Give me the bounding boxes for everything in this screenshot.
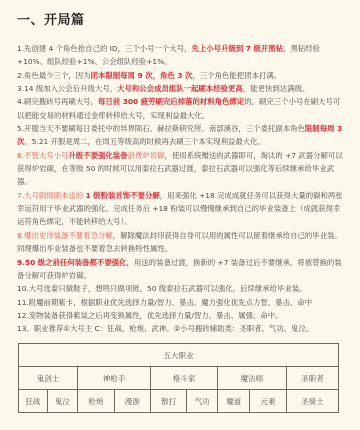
- guide-item: 9.50 级之前任何装备都不要强化，用送的装备过渡，换新的 +7 装备过后不要继…: [17, 256, 343, 283]
- body-text: 。5.21 开服是周二，在周五等级高的时候再去刷三个本实现利益最大化。: [24, 137, 265, 146]
- body-text: 1.先创建 4 个角色抢自己的 ID，三个小号一个大号，: [17, 44, 192, 53]
- body-text: 10.大号选泰只做鞋子，想鸣只做项链。50 级泰拉石武器可以强化，后续继承给毕业…: [17, 284, 307, 293]
- guide-item: 1.先创建 4 个角色抢自己的 ID，三个小号一个大号，先上小号升级到 7 级开…: [17, 42, 343, 69]
- body-text: 4.刷完搬砖号再刷大号，: [17, 97, 98, 106]
- emphasis-text: 7.大号剧情副本送的: [17, 191, 86, 200]
- subclass-cell: 枪炮: [78, 390, 114, 413]
- emphasis-text: 大号和公会成员组队一起刷本经验更高: [117, 84, 243, 93]
- subclass-cell: 气功: [187, 390, 218, 413]
- guide-item: 8.爆出史诗装备不要着急分解，解除魔法封印获得自身可以用的属性可以留着继承给自己…: [17, 229, 343, 256]
- class-cell: 神枪手: [78, 367, 151, 390]
- body-text: 3.14 级加入公会后升级大号，: [17, 84, 117, 93]
- body-text: 5.开服当天不要刷每日委托中的异界陨石、赫拉斯研究所、南部溪谷，三个委托副本角色: [17, 124, 305, 133]
- emphasis-text: 浪费炉岩碳: [128, 151, 165, 160]
- class-cell: 圣职者: [286, 367, 338, 390]
- emphasis-text: 每日前 300 疲劳刷完后掉落的材料角色绑定: [98, 97, 244, 106]
- subclass-cell: 鬼泣: [47, 390, 78, 413]
- guide-body: 1.先创建 4 个角色抢自己的 ID，三个小号一个大号，先上小号升级到 7 级开…: [17, 42, 343, 336]
- guide-item: 6.不管大号小号升级不要强化装备浪费炉岩碳，使用系统赠送的武器即可，淘汰的 +7…: [17, 149, 343, 189]
- class-table-header-row: 五大职业: [19, 344, 339, 367]
- emphasis-text: 6.不管大号小号: [17, 151, 68, 160]
- body-text: ，能更快到达满级。: [243, 84, 310, 93]
- emphasis-text: 先上小号升级到 7 级开黑钻: [192, 44, 284, 53]
- subclass-cell: 散打: [150, 390, 186, 413]
- subclass-row: 狂战 鬼泣 枪炮 漫游 散打 气功 魔道 元素 圣骑士: [19, 390, 339, 413]
- body-text: 12.宠物装备获得紫装之后再变换属性，优先选择力量/智力、暴击、属强、命中。: [17, 311, 283, 320]
- guide-item: 2.角色最少三个，因为团本限制每周 9 次，角色 3 次，三个角色能把团本打满。: [17, 69, 343, 82]
- emphasis-text: 8.爆出史诗装备不要着急分解: [17, 231, 113, 240]
- subclass-cell: 狂战: [19, 390, 48, 413]
- class-cell: 魔法师: [217, 367, 286, 390]
- emphasis-text: 团本限制每周 9 次，角色 3 次: [91, 71, 193, 80]
- class-table: 五大职业 鬼剑士 神枪手 格斗家 魔法师 圣职者 狂战 鬼泣 枪炮 漫游 散打 …: [18, 343, 339, 413]
- guide-item: 10.大号选泰只做鞋子，想鸣只做项链。50 级泰拉石武器可以强化，后续继承给毕业…: [17, 282, 343, 295]
- guide-item: 7.大号剧情副本送的 1 级粉装首饰不要分解，用来强化 +18 完成成就任务可以…: [17, 189, 343, 229]
- class-table-header: 五大职业: [19, 344, 339, 367]
- class-cell: 鬼剑士: [19, 367, 78, 390]
- emphasis-text: 1 级粉装首饰不要分解: [86, 191, 160, 200]
- subclass-cell: 圣骑士: [286, 390, 338, 413]
- guide-item: 3.14 级加入公会后升级大号，大号和公会成员组队一起刷本经验更高，能更快到达满…: [17, 82, 343, 95]
- subclass-cell: 魔道: [217, 390, 250, 413]
- guide-item: 4.刷完搬砖号再刷大号，每日前 300 疲劳刷完后掉落的材料角色绑定的，刷完三个…: [17, 95, 343, 122]
- guide-item: 12.宠物装备获得紫装之后再变换属性，优先选择力量/智力、暴击、属强、命中。: [17, 309, 343, 322]
- subclass-cell: 元素: [250, 390, 286, 413]
- emphasis-text: 升级不要强化装备: [68, 151, 127, 160]
- body-text: 13、职业推荐①大号主 C：狂战、枪炮、武神。②小号搬砖辅助类：圣职者、气功、鬼…: [17, 324, 313, 333]
- guide-item: 13、职业推荐①大号主 C：狂战、枪炮、武神。②小号搬砖辅助类：圣职者、气功、鬼…: [17, 322, 343, 335]
- body-text: ，三个角色能把团本打满。: [192, 71, 281, 80]
- body-text: 2.角色最少三个，因为: [17, 71, 91, 80]
- guide-item: 11.附魔前期紫卡，根据职业优先选择力量/智力、暴击。魔力强化优先点力智、暴击、…: [17, 296, 343, 309]
- body-text: 11.附魔前期紫卡，根据职业优先选择力量/智力、暴击。魔力强化优先点力智、暴击、…: [17, 298, 312, 307]
- section-title: 一、开局篇: [17, 9, 85, 28]
- emphasis-text: 9.50 级之前任何装备都不要强化: [17, 258, 127, 267]
- subclass-cell: 漫游: [114, 390, 150, 413]
- guide-item: 5.开服当天不要刷每日委托中的异界陨石、赫拉斯研究所、南部溪谷，三个委托副本角色…: [17, 122, 343, 149]
- class-cell: 格斗家: [150, 367, 217, 390]
- class-row: 鬼剑士 神枪手 格斗家 魔法师 圣职者: [19, 367, 339, 390]
